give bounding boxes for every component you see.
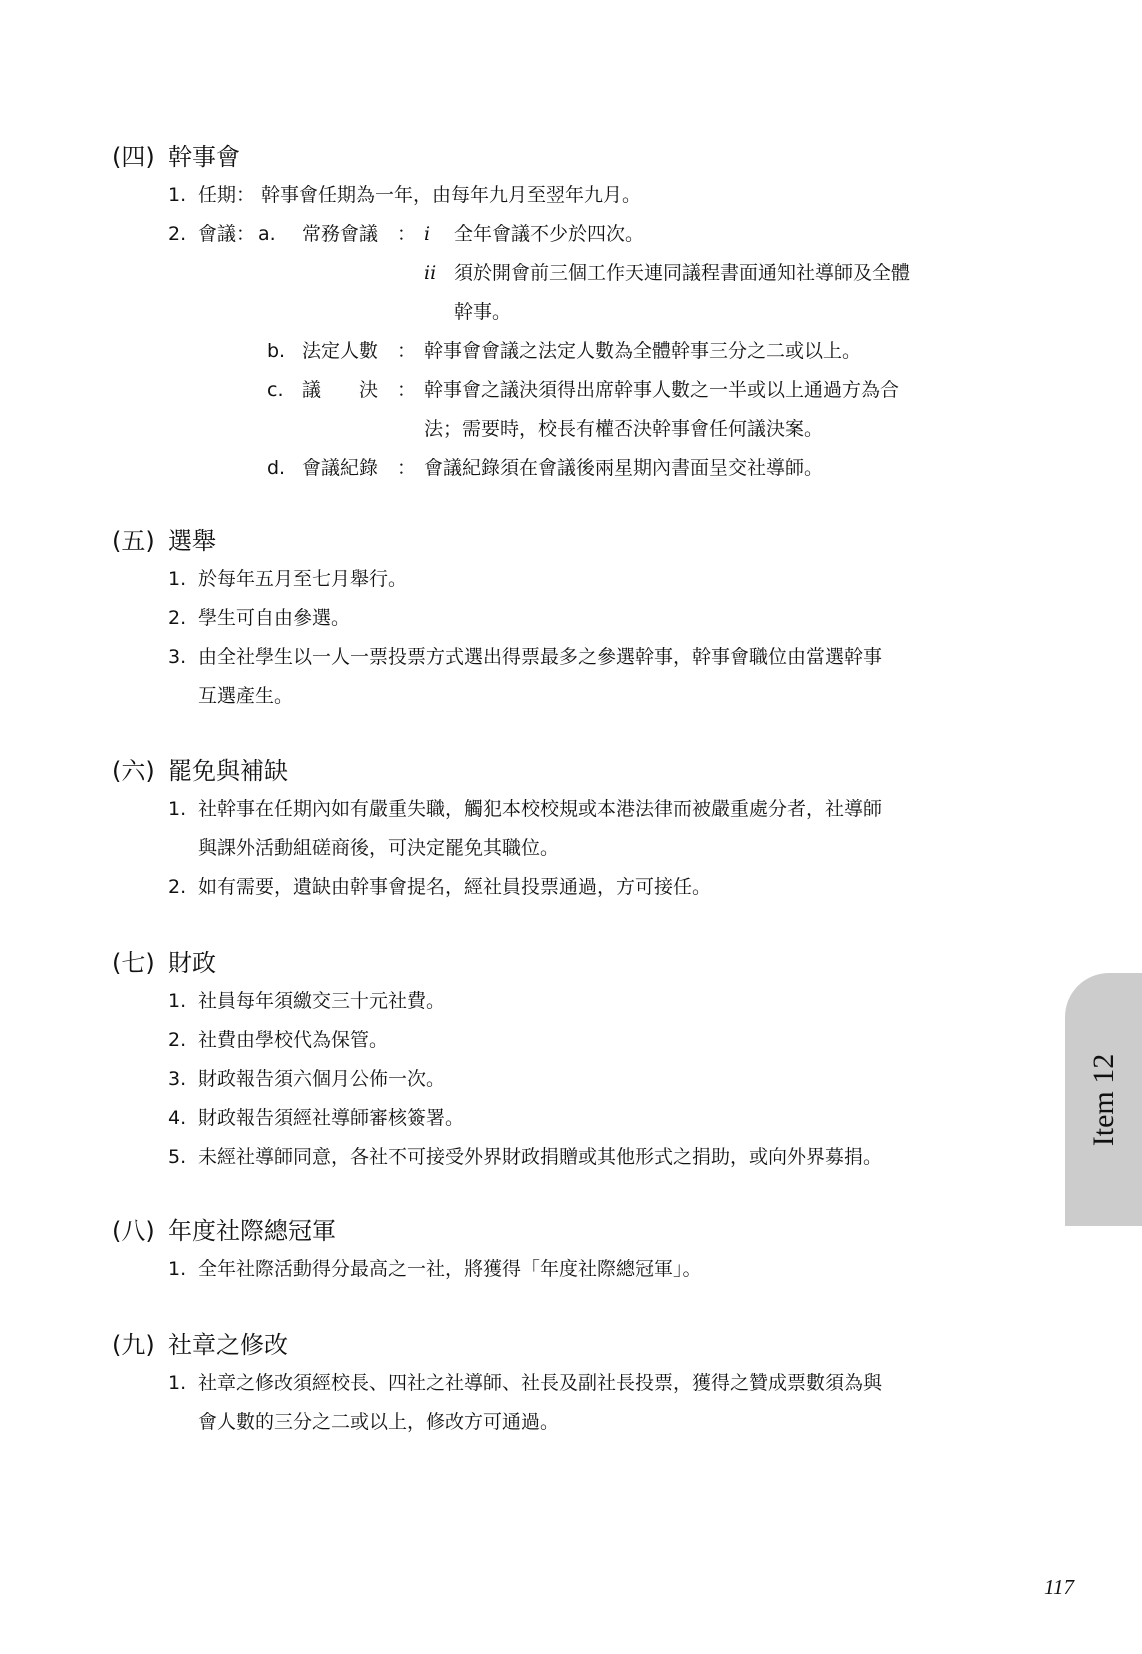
section-finance: (七)財政 1. 社員每年須繳交三十元社費。 2. 社費由學校代為保管。 3. …: [112, 946, 992, 1177]
meeting-row-cont: 法；需要時，校長有權否決幹事會任何議決案。: [112, 410, 992, 449]
section-election: (五)選舉 1. 於每年五月至七月舉行。 2. 學生可自由參選。 3. 由全社學…: [112, 524, 992, 716]
list-item: 1. 全年社際活動得分最高之一社，將獲得「年度社際總冠軍」。: [112, 1250, 992, 1289]
section-heading: (六)罷免與補缺: [112, 754, 992, 788]
section-heading: (八)年度社際總冠軍: [112, 1214, 992, 1248]
meetings-block: 2. 會議： a. 常務會議 ： i 全年會議不少於四次。 ii 須於開會前三個…: [112, 215, 992, 488]
list-item: 2. 如有需要，遺缺由幹事會提名，經社員投票通過，方可接任。: [112, 868, 992, 907]
list-item: 3. 由全社學生以一人一票投票方式選出得票最多之參選幹事，幹事會職位由當選幹事 …: [112, 638, 992, 716]
list-item: 1. 於每年五月至七月舉行。: [112, 560, 992, 599]
list-item: 5. 未經社導師同意，各社不可接受外界財政捐贈或其他形式之捐助，或向外界募捐。: [112, 1138, 992, 1177]
meeting-row: d. 會議紀錄 ： 會議紀錄須在會議後兩星期內書面呈交社導師。: [112, 449, 992, 488]
side-tab: Item 12: [1065, 973, 1142, 1226]
meeting-row-cont: 幹事。: [112, 293, 992, 332]
list-item: 2. 社費由學校代為保管。: [112, 1021, 992, 1060]
section-amendment: (九)社章之修改 1. 社章之修改須經校長、四社之社導師、社長及副社長投票，獲得…: [112, 1328, 992, 1442]
list-item: 1. 社員每年須繳交三十元社費。: [112, 982, 992, 1021]
meeting-row: 2. 會議： a. 常務會議 ： i 全年會議不少於四次。: [112, 215, 992, 254]
list-item: 1. 社幹事在任期內如有嚴重失職，觸犯本校校規或本港法律而被嚴重處分者，社導師 …: [112, 790, 992, 868]
list-item: 1. 社章之修改須經校長、四社之社導師、社長及副社長投票，獲得之贊成票數須為與 …: [112, 1364, 992, 1442]
list-item: 3. 財政報告須六個月公佈一次。: [112, 1060, 992, 1099]
section-removal-vacancy: (六)罷免與補缺 1. 社幹事在任期內如有嚴重失職，觸犯本校校規或本港法律而被嚴…: [112, 754, 992, 907]
list-item: 4. 財政報告須經社導師審核簽署。: [112, 1099, 992, 1138]
meeting-row: c. 議 決 ： 幹事會之議決須得出席幹事人數之一半或以上通過方為合: [112, 371, 992, 410]
section-heading: (九)社章之修改: [112, 1328, 992, 1362]
meeting-row: ii 須於開會前三個工作天連同議程書面通知社導師及全體: [112, 254, 992, 293]
page-number: 117: [1044, 1575, 1074, 1600]
list-item: 1. 任期： 幹事會任期為一年，由每年九月至翌年九月。: [112, 176, 992, 215]
side-tab-label: Item 12: [1087, 1053, 1121, 1145]
section-heading: (七)財政: [112, 946, 992, 980]
meeting-row: b. 法定人數 ： 幹事會會議之法定人數為全體幹事三分之二或以上。: [112, 332, 992, 371]
section-heading: (四)幹事會: [112, 140, 992, 174]
section-heading: (五)選舉: [112, 524, 992, 558]
section-executive-committee: (四)幹事會 1. 任期： 幹事會任期為一年，由每年九月至翌年九月。 2. 會議…: [112, 140, 992, 488]
section-annual-champion: (八)年度社際總冠軍 1. 全年社際活動得分最高之一社，將獲得「年度社際總冠軍」…: [112, 1214, 992, 1289]
list-item: 2. 學生可自由參選。: [112, 599, 992, 638]
